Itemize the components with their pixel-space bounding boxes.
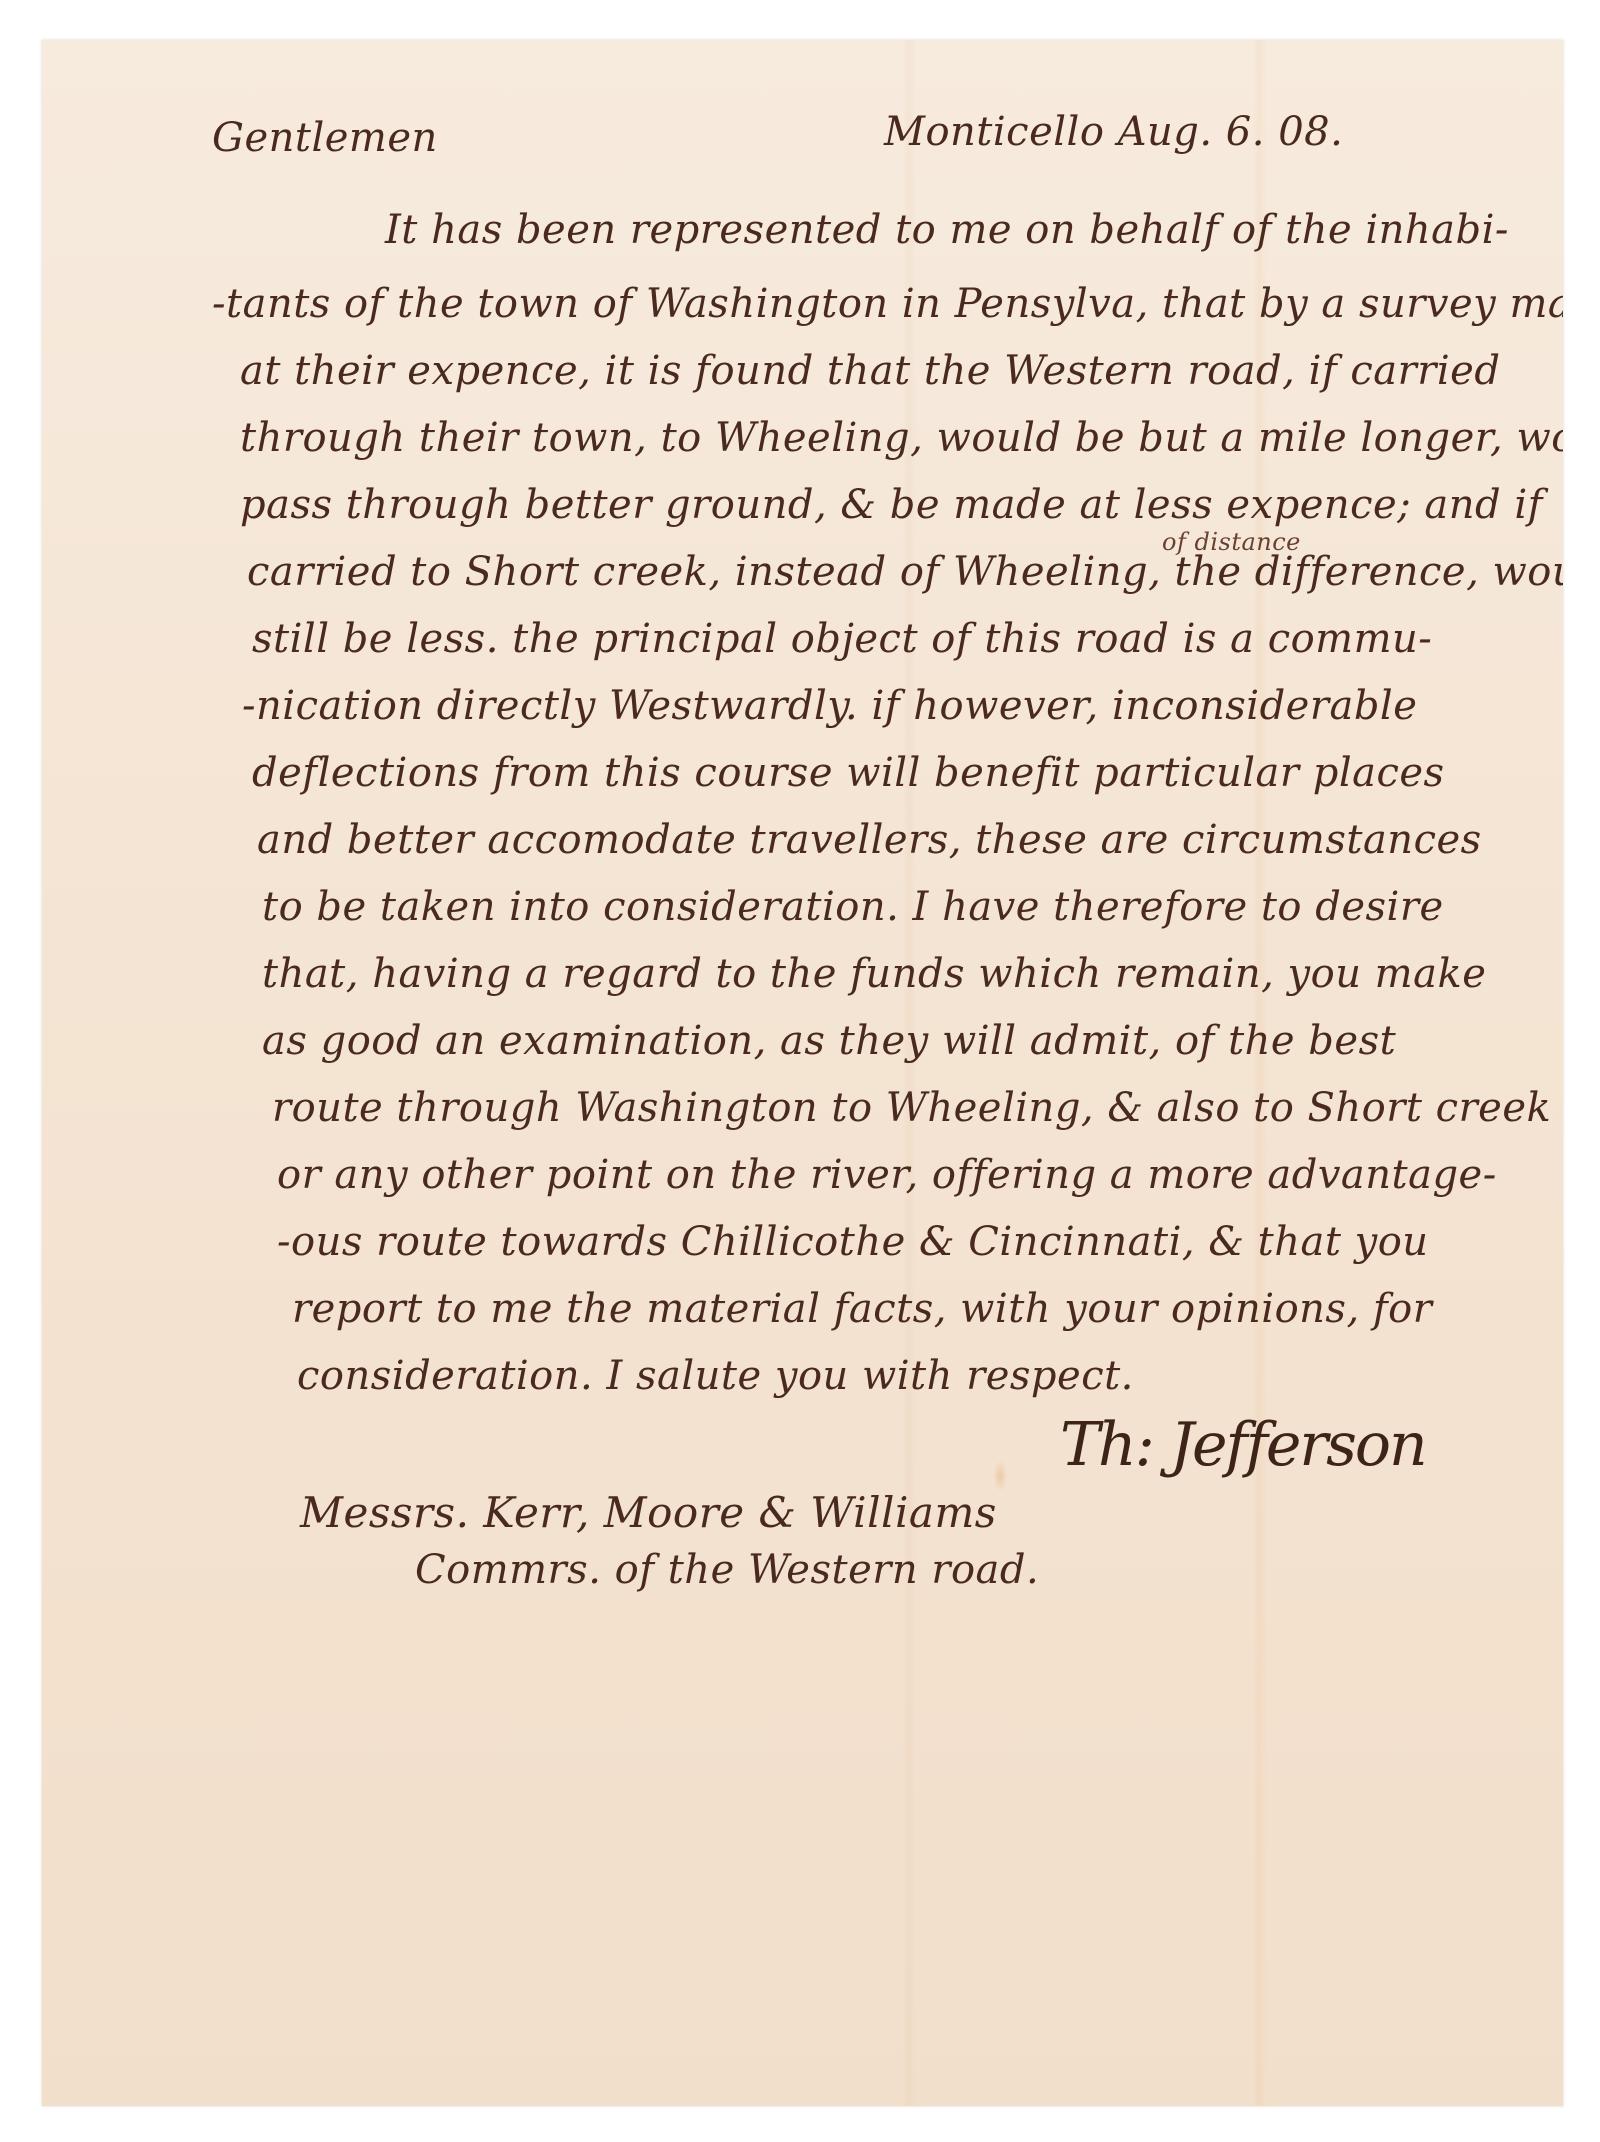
body-line: -ous route towards Chillicothe & Cincinn… [277,1222,1429,1262]
body-line: pass through better ground, & be made at… [240,485,1543,525]
body-line: route through Washington to Wheeling, & … [272,1088,1551,1128]
body-line: at their expence, it is found that the W… [240,351,1500,391]
addressee-names: Messrs. Kerr, Moore & Williams [300,1492,997,1534]
salutation: Gentlemen [212,118,438,158]
body-line: as good an examination, as they will adm… [262,1021,1396,1061]
body-line: carried to Short creek, instead of Wheel… [247,552,1563,592]
addressee-title: Commrs. of the Western road. [415,1550,1039,1590]
body-line: to be taken into consideration. I have t… [262,887,1444,927]
body-line: that, having a regard to the funds which… [262,954,1486,994]
body-line: through their town, to Wheeling, would b… [240,418,1563,458]
dateline: Monticello Aug. 6. 08. [884,112,1343,152]
body-line: still be less. the principal object of t… [252,619,1432,659]
body-line: deflections from this course will benefi… [252,753,1445,793]
body-line: It has been represented to me on behalf … [385,210,1509,250]
letter-paper: Gentlemen Monticello Aug. 6. 08. It has … [42,40,1563,2106]
body-line: or any other point on the river, offerin… [277,1155,1497,1195]
body-line: report to me the material facts, with yo… [292,1289,1432,1329]
signature: Th: Jefferson [1060,1415,1426,1475]
body-line: -nication directly Westwardly. if howeve… [242,686,1417,726]
body-line: and better accomodate travellers, these … [257,820,1482,860]
body-line: -tants of the town of Washington in Pens… [212,284,1563,324]
body-line: consideration. I salute you with respect… [297,1356,1134,1396]
